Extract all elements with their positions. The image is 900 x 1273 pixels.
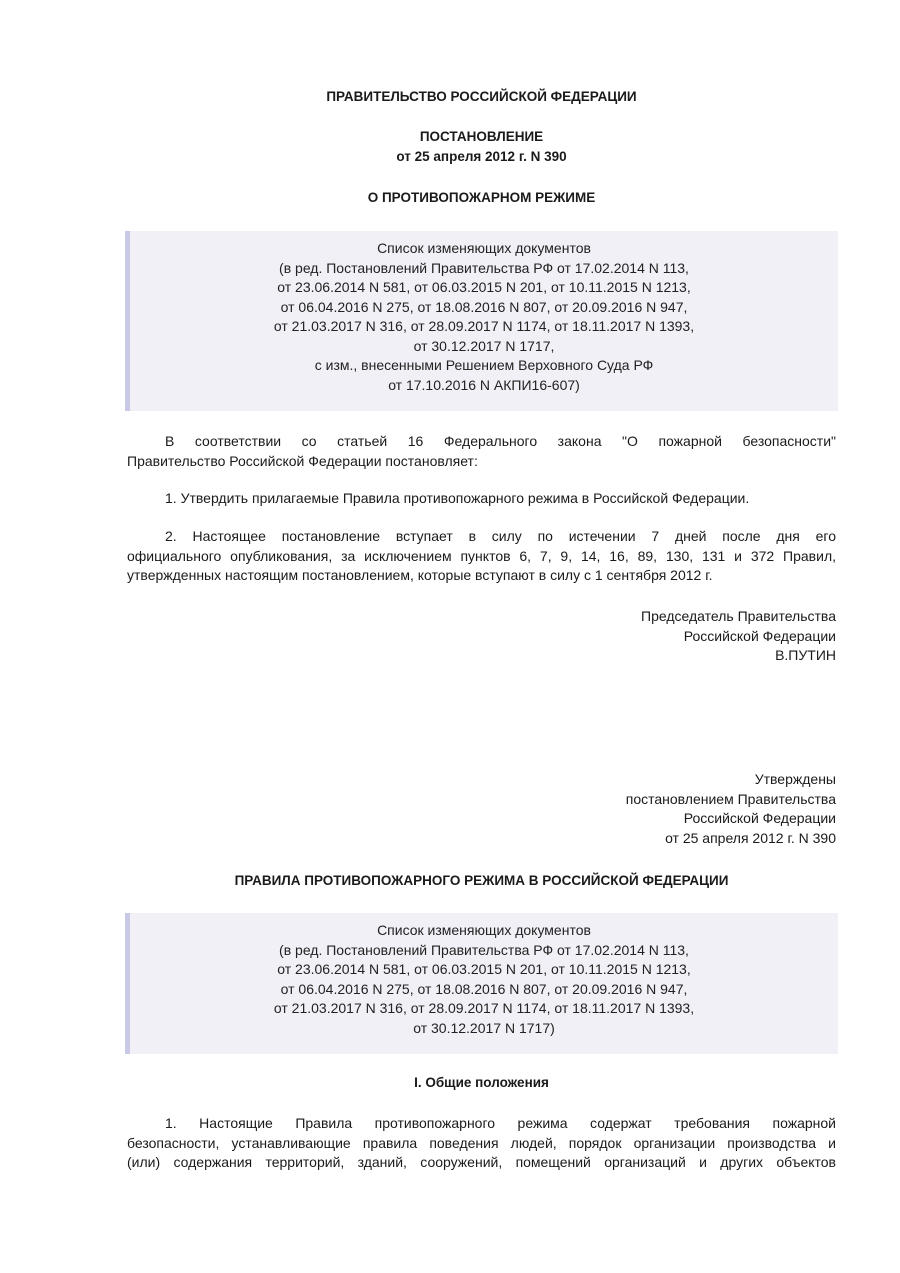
document-date-number: от 25 апреля 2012 г. N 390 — [127, 147, 836, 167]
approval-line: Утверждены — [127, 770, 836, 790]
amendments-line: (в ред. Постановлений Правительства РФ о… — [130, 259, 838, 279]
signature-organization: Российской Федерации — [127, 627, 836, 647]
approval-line: постановлением Правительства — [127, 790, 836, 810]
document-page: ПРАВИТЕЛЬСТВО РОССИЙСКОЙ ФЕДЕРАЦИИ ПОСТА… — [0, 0, 900, 1273]
section-1-line: безопасности, устанавливающие правила по… — [127, 1134, 836, 1154]
amendments-line: от 23.06.2014 N 581, от 06.03.2015 N 201… — [130, 278, 838, 298]
clause-line: 1. Утвердить прилагаемые Правила противо… — [127, 489, 836, 509]
government-heading: ПРАВИТЕЛЬСТВО РОССИЙСКОЙ ФЕДЕРАЦИИ — [127, 87, 836, 107]
clause-line: 2. Настоящее постановление вступает в си… — [127, 527, 836, 547]
clause-2-paragraph: 2. Настоящее постановление вступает в си… — [127, 527, 836, 586]
approval-line: Российской Федерации — [127, 809, 836, 829]
amendments-line: от 21.03.2017 N 316, от 28.09.2017 N 117… — [130, 317, 838, 337]
preamble-line: В соответствии со статьей 16 Федеральног… — [127, 432, 836, 452]
section-1-paragraph: 1. Настоящие Правила противопожарного ре… — [127, 1114, 836, 1173]
approval-line: от 25 апреля 2012 г. N 390 — [127, 829, 836, 849]
clause-1-paragraph: 1. Утвердить прилагаемые Правила противо… — [127, 489, 836, 509]
amendments-line: Список изменяющих документов — [130, 239, 838, 259]
rules-title: ПРАВИЛА ПРОТИВОПОЖАРНОГО РЕЖИМА В РОССИЙ… — [127, 871, 836, 891]
signature-block: Председатель Правительства Российской Фе… — [127, 607, 836, 666]
amendments-box: Список изменяющих документов (в ред. Пос… — [125, 231, 838, 411]
signature-name: В.ПУТИН — [127, 646, 836, 666]
amendments-line: от 21.03.2017 N 316, от 28.09.2017 N 117… — [130, 999, 838, 1019]
section-1-line: (или) содержания территорий, зданий, соо… — [127, 1153, 836, 1173]
amendments-line: от 23.06.2014 N 581, от 06.03.2015 N 201… — [130, 960, 838, 980]
amendments-line: от 30.12.2017 N 1717) — [130, 1019, 838, 1039]
amendments-line: (в ред. Постановлений Правительства РФ о… — [130, 941, 838, 961]
approval-block: Утверждены постановлением Правительства … — [127, 770, 836, 848]
rules-amendments-box: Список изменяющих документов (в ред. Пос… — [125, 913, 838, 1054]
amendments-line: от 06.04.2016 N 275, от 18.08.2016 N 807… — [130, 980, 838, 1000]
amendments-line: Список изменяющих документов — [130, 921, 838, 941]
clause-line: официального опубликования, за исключени… — [127, 547, 836, 567]
preamble-line: Правительство Российской Федерации поста… — [127, 452, 836, 472]
document-type: ПОСТАНОВЛЕНИЕ — [127, 127, 836, 147]
section-1-line: 1. Настоящие Правила противопожарного ре… — [127, 1114, 836, 1134]
amendments-line: с изм., внесенными Решением Верховного С… — [130, 356, 838, 376]
amendments-line: от 30.12.2017 N 1717, — [130, 337, 838, 357]
amendments-line: от 17.10.2016 N АКПИ16-607) — [130, 376, 838, 396]
amendments-line: от 06.04.2016 N 275, от 18.08.2016 N 807… — [130, 298, 838, 318]
signature-position: Председатель Правительства — [127, 607, 836, 627]
document-title: О ПРОТИВОПОЖАРНОМ РЕЖИМЕ — [127, 188, 836, 208]
clause-line: утвержденных настоящим постановлением, к… — [127, 566, 836, 586]
preamble-paragraph: В соответствии со статьей 16 Федеральног… — [127, 432, 836, 471]
section-1-title: I. Общие положения — [127, 1073, 836, 1093]
